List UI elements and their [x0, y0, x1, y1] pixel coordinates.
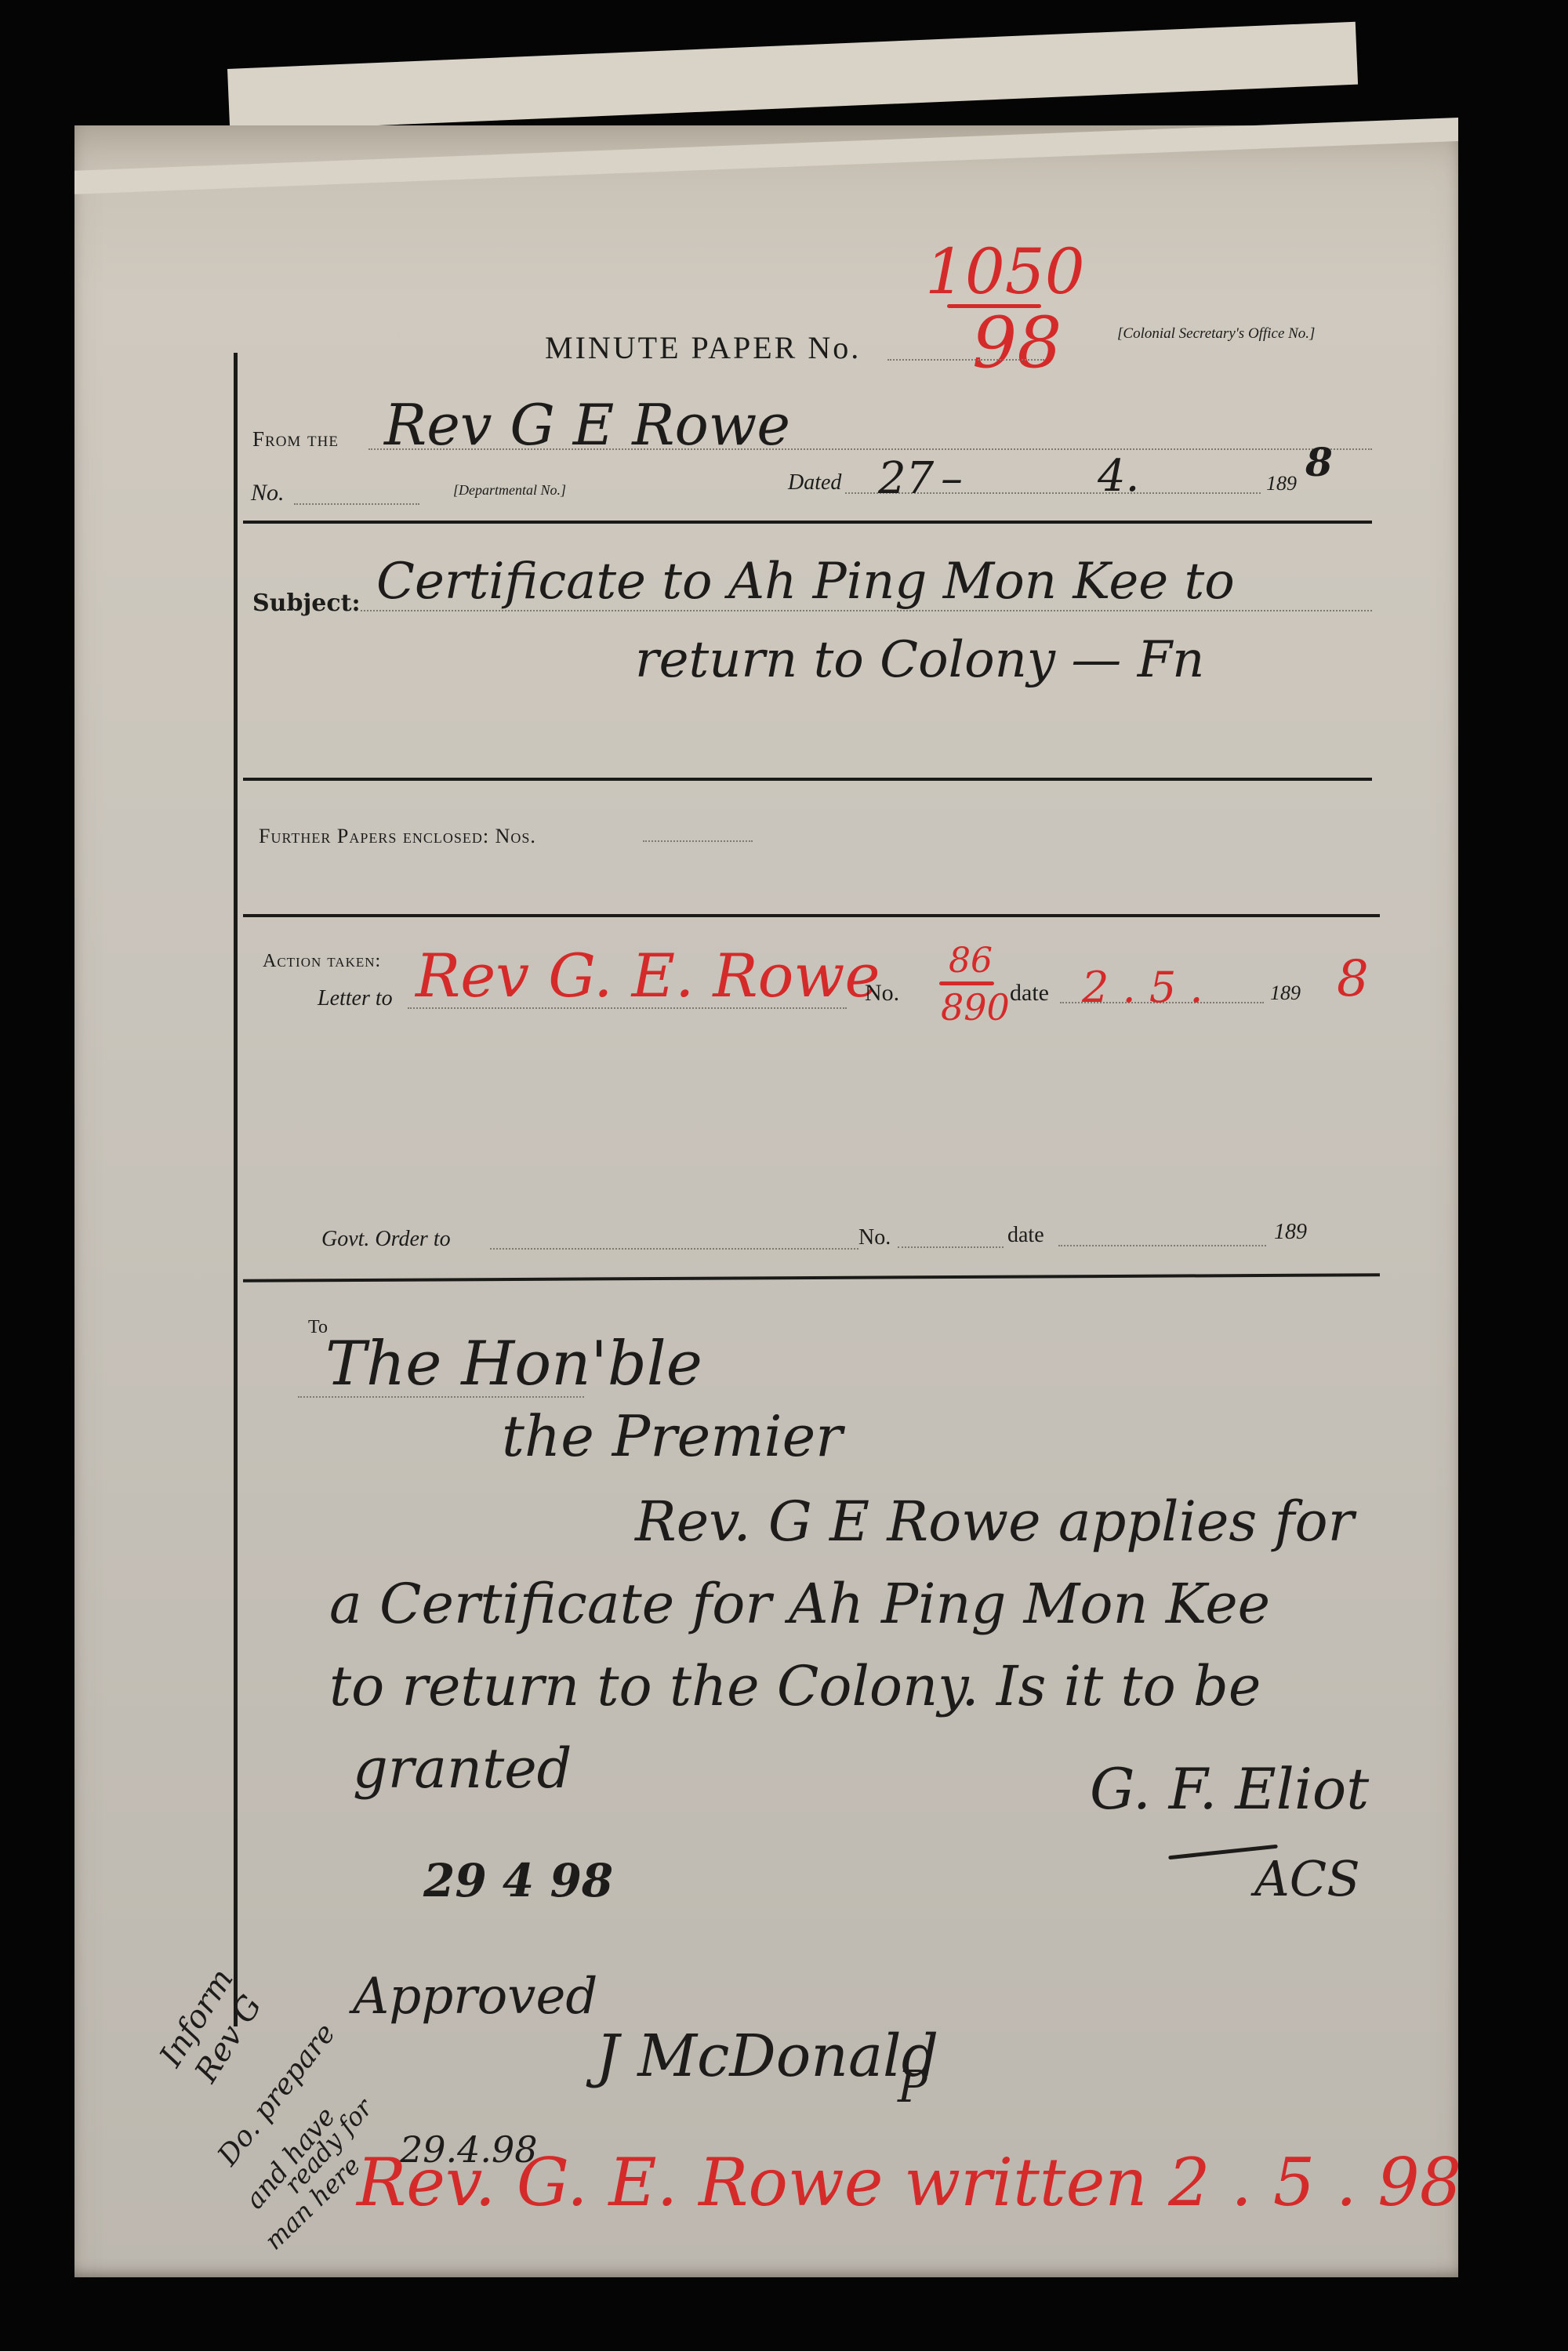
body-line-4: granted [353, 1736, 572, 1801]
minute-number-field-line [887, 359, 1044, 361]
body-line-3: to return to the Colony. Is it to be [329, 1654, 1261, 1718]
minute-number-denominator: 98 [972, 302, 1062, 384]
divider-2 [243, 778, 1372, 781]
footer-red-note: Rev. G. E. Rowe written 2 . 5 . 98 [357, 2144, 1461, 2221]
departmental-no-hint: [Departmental No.] [453, 482, 566, 499]
dated-day: 27 [878, 453, 934, 504]
govt-order-label: Govt. Order to [321, 1227, 451, 1252]
body-line-2: a Certificate for Ah Ping Mon Kee [329, 1572, 1270, 1636]
action-no-denominator: 890 [941, 986, 1010, 1029]
further-papers-field-line [643, 840, 753, 842]
subject-label: Subject: [252, 590, 361, 617]
page-title: MINUTE PAPER No. [545, 329, 861, 366]
letter-to-value: Rev G. E. Rowe [416, 941, 880, 1010]
letter-to-label: Letter to [318, 986, 393, 1011]
approval-text: Approved [353, 1968, 597, 2026]
govt-order-field-line [490, 1248, 858, 1250]
action-date-value: 2 . 5 . [1082, 963, 1203, 1012]
addressee-line-2: the Premier [502, 1403, 843, 1469]
dated-year-suffix: 8 [1305, 439, 1333, 485]
dated-month: 4. [1098, 451, 1139, 502]
approval-initial: P [898, 2062, 927, 2113]
minute-number-numerator: 1050 [925, 235, 1085, 308]
from-label: From the [252, 427, 339, 452]
further-papers-label: Further Papers enclosed: Nos. [259, 825, 536, 848]
left-margin-rule [234, 353, 238, 2026]
govt-order-no-label: No. [858, 1225, 891, 1250]
action-taken-label: Action taken: [263, 951, 381, 972]
departmental-no-label: No. [251, 480, 285, 506]
body-line-1: Rev. G E Rowe applies for [635, 1489, 1354, 1554]
addressee-line-1: The Hon'ble [325, 1329, 702, 1399]
dated-year-prefix: 189 [1266, 472, 1297, 495]
govt-order-date-field-line [1058, 1245, 1266, 1246]
signature-title: ACS [1254, 1850, 1360, 1907]
dated-label: Dated [788, 470, 841, 495]
approval-signature: J McDonald [596, 2023, 938, 2090]
from-value: Rev G E Rowe [384, 392, 790, 458]
action-no-numerator: 86 [949, 941, 993, 981]
departmental-no-field-line [294, 503, 419, 505]
govt-order-date-label: date [1007, 1223, 1044, 1248]
govt-order-no-field-line [898, 1246, 1004, 1248]
back-sheet-edge [227, 22, 1358, 132]
divider-3 [243, 914, 1380, 917]
minute-date: 29 4 98 [423, 1854, 613, 1907]
subject-line-1: Certificate to Ah Ping Mon Kee to [376, 553, 1235, 611]
signature-eliot: G. F. Eliot [1090, 1756, 1369, 1822]
action-no-label: No. [865, 980, 899, 1007]
divider-1 [243, 521, 1372, 524]
action-date-label: date [1010, 980, 1049, 1007]
subject-line-2: return to Colony — Fn [635, 631, 1204, 689]
action-year-suffix: 8 [1337, 950, 1369, 1008]
govt-order-year-prefix: 189 [1274, 1220, 1307, 1245]
dated-dash: – [941, 453, 963, 504]
office-label: [Colonial Secretary's Office No.] [1117, 325, 1315, 343]
to-field-line [298, 1396, 584, 1398]
action-no-fraction-bar [939, 981, 994, 985]
action-year-prefix: 189 [1270, 981, 1301, 1005]
